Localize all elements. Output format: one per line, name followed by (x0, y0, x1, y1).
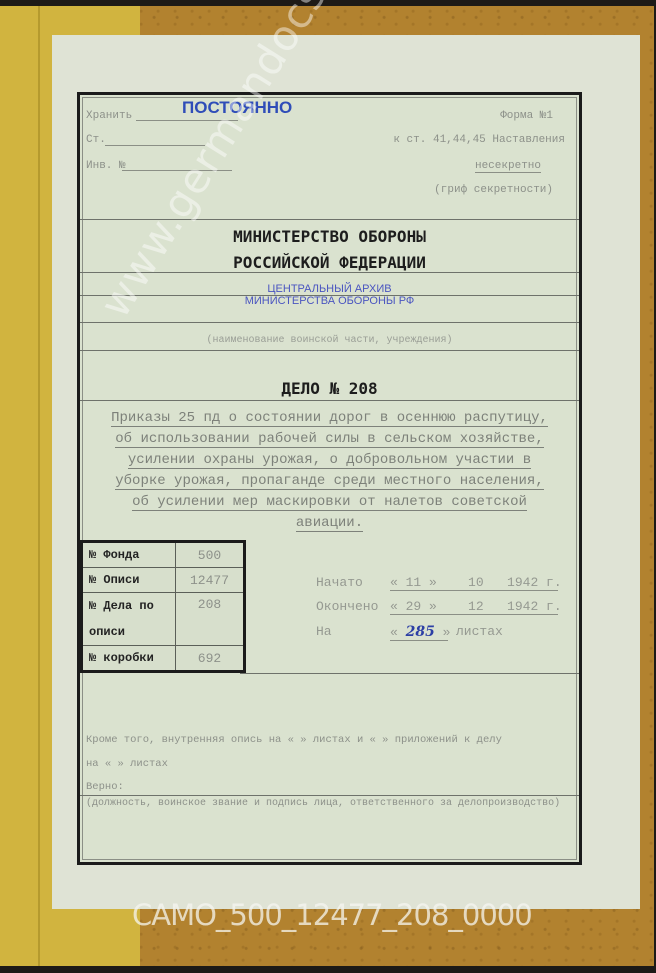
archive-reference-table: № Фонда 500 № Описи 12477 № Дела по опис… (80, 540, 246, 673)
divider (80, 400, 579, 401)
delo-value: 208 (176, 593, 245, 646)
case-title: ДЕЛО № 208 (80, 379, 579, 398)
started-month: 10 (468, 575, 484, 590)
archive-stamp-line-2: МИНИСТЕРСТВА ОБОРОНЫ РФ (80, 295, 579, 307)
additional-sheets-line: на « » листах (86, 758, 168, 770)
inventory-number-label: Инв. № (86, 160, 126, 172)
box-label: № коробки (82, 646, 176, 672)
box-value: 692 (176, 646, 245, 672)
internal-inventory-line: Кроме того, внутренняя опись на « » лист… (86, 734, 502, 746)
signature-caption: (должность, воинское звание и подпись ли… (86, 797, 573, 810)
table-row: № Дела по описи 208 (82, 593, 245, 646)
ended-year: 1942 г. (507, 599, 562, 614)
secrecy-caption: (гриф секретности) (434, 184, 553, 196)
ended-label: Окончено (316, 599, 378, 614)
ended-month: 12 (468, 599, 484, 614)
started-year: 1942 г. (507, 575, 562, 590)
form-number: Форма №1 (500, 110, 553, 122)
fond-value: 500 (176, 542, 245, 568)
verified-label: Верно: (86, 781, 124, 793)
article-reference: к ст. 41,44,45 Наставления (393, 134, 565, 146)
sheets-count-field: « 285 » (390, 624, 448, 641)
description-line: усилении охраны урожая, о добровольном у… (128, 452, 531, 469)
unit-caption: (наименование воинской части, учреждения… (80, 335, 579, 346)
divider (240, 673, 579, 674)
ended-date: « 29 » 12 1942 г. (390, 599, 558, 615)
divider (80, 322, 579, 323)
description-line: об использовании рабочей силы в сельском… (115, 431, 543, 448)
store-label: Хранить (86, 110, 132, 122)
description-line: авиации. (296, 515, 363, 532)
description-line: об усилении мер маскировки от налетов со… (132, 494, 527, 511)
opis-value: 12477 (176, 568, 245, 593)
started-label: Начато (316, 575, 363, 590)
sheets-label: На (316, 624, 332, 639)
quote-open: « (390, 625, 398, 640)
quote-close: » (443, 625, 451, 640)
fond-label: № Фонда (82, 542, 176, 568)
case-description: Приказы 25 пд о состоянии дорог в осенню… (80, 408, 579, 534)
sheets-unit: листах (456, 624, 503, 639)
table-row: № Фонда 500 (82, 542, 245, 568)
article-label: Ст. (86, 134, 106, 146)
divider (80, 795, 579, 796)
ended-day: « 29 » (390, 599, 437, 614)
divider (80, 350, 579, 351)
description-line: Приказы 25 пд о состоянии дорог в осенню… (111, 410, 548, 427)
spine-fold (38, 6, 40, 966)
table-row: № Описи 12477 (82, 568, 245, 593)
handwritten-sheet-count: 285 (406, 624, 435, 640)
opis-label: № Описи (82, 568, 176, 593)
file-id-caption: CAMO_500_12477_208_0000 (132, 898, 532, 932)
table-row: № коробки 692 (82, 646, 245, 672)
started-date: « 11 » 10 1942 г. (390, 575, 558, 591)
delo-label: № Дела по описи (82, 593, 176, 646)
secrecy-value: несекретно (475, 160, 541, 173)
description-line: уборке урожая, пропаганде среди местного… (115, 473, 543, 490)
started-day: « 11 » (390, 575, 437, 590)
